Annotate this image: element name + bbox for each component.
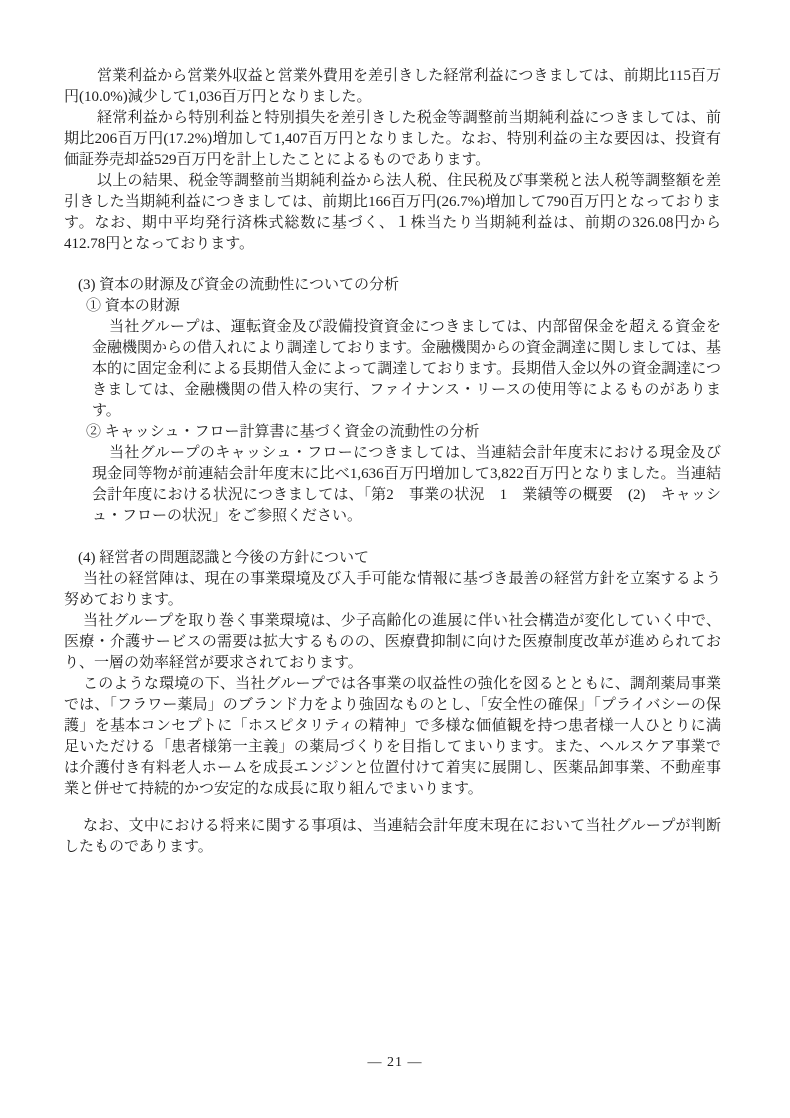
section-4-paragraph-3: このような環境の下、当社グループでは各事業の収益性の強化を図るとともに、調剤薬局… xyxy=(64,674,721,800)
section-4-paragraph-1: 当社の経営陣は、現在の事業環境及び入手可能な情報に基づき最善の経営方針を立案する… xyxy=(64,569,721,611)
section-3-heading: (3) 資本の財源及び資金の流動性についての分析 xyxy=(64,275,721,296)
document-page: 営業利益から営業外収益と営業外費用を差引きした経常利益につきましては、前期比11… xyxy=(0,0,790,1118)
section-4-heading: (4) 経営者の問題認識と今後の方針について xyxy=(64,548,721,569)
section-3-item-1-label: ① 資本の財源 xyxy=(64,296,721,317)
section-capital-resources: (3) 資本の財源及び資金の流動性についての分析 ① 資本の財源 当社グループは… xyxy=(64,275,721,527)
section-4-paragraph-2: 当社グループを取り巻く事業環境は、少子高齢化の進展に伴い社会構造が変化していく中… xyxy=(64,611,721,674)
intro-paragraph-pretax-income: 経常利益から特別利益と特別損失を差引きした税金等調整前当期純利益につきましては、… xyxy=(64,108,721,171)
section-3-item-2-paragraph: 当社グループのキャッシュ・フローにつきましては、当連結会計年度末における現金及び… xyxy=(92,443,721,527)
section-management-policy: (4) 経営者の問題認識と今後の方針について 当社の経営陣は、現在の事業環境及び… xyxy=(64,548,721,800)
section-3-item-2-label: ② キャッシュ・フロー計算書に基づく資金の流動性の分析 xyxy=(64,422,721,443)
intro-paragraph-ordinary-income: 営業利益から営業外収益と営業外費用を差引きした経常利益につきましては、前期比11… xyxy=(64,66,721,108)
closing-paragraph: なお、文中における将来に関する事項は、当連結会計年度末現在において当社グループが… xyxy=(64,816,721,858)
section-3-item-1-paragraph: 当社グループは、運転資金及び設備投資資金につきましては、内部留保金を超える資金を… xyxy=(92,317,721,422)
intro-paragraph-net-income: 以上の結果、税金等調整前当期純利益から法人税、住民税及び事業税と法人税等調整額を… xyxy=(64,171,721,255)
page-number: ― 21 ― xyxy=(0,1052,790,1073)
intro-section: 営業利益から営業外収益と営業外費用を差引きした経常利益につきましては、前期比11… xyxy=(64,66,721,255)
